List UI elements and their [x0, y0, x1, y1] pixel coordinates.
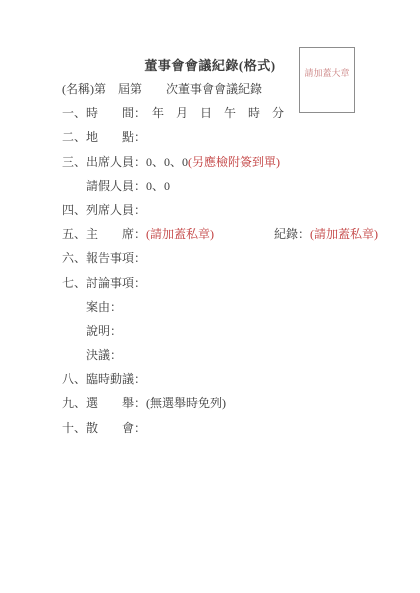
- leave-line: 請假人員：0、0: [62, 174, 420, 198]
- recorder-label: 紀錄：: [214, 227, 310, 241]
- attendees-note: (另應檢附簽到單): [188, 155, 280, 169]
- motions-line: 八、臨時動議：: [62, 367, 420, 391]
- reports-line: 六、報告事項：: [62, 246, 420, 270]
- chair-seal-note: (請加蓋私章): [146, 227, 214, 241]
- chair-line: 五、主 席：(請加蓋私章) 紀錄：(請加蓋私章): [62, 222, 420, 246]
- explanation-line: 說明：: [62, 319, 420, 343]
- time-line: 一、時 間： 年 月 日 午 時 分: [62, 101, 420, 125]
- chair-label: 五、主 席：: [62, 227, 146, 241]
- attendees-line: 三、出席人員：0、0、0(另應檢附簽到單): [62, 150, 420, 174]
- place-line: 二、地 點：: [62, 125, 420, 149]
- document-page: 董事會會議紀錄(格式) 請加蓋大章 (名稱)第 屆第 次董事會會議紀錄 一、時 …: [0, 0, 420, 593]
- discussion-line: 七、討論事項：: [62, 271, 420, 295]
- page-title: 董事會會議紀錄(格式): [0, 55, 420, 74]
- adjournment-line: 十、散 會：: [62, 416, 420, 440]
- name-line: (名稱)第 屆第 次董事會會議紀錄: [62, 77, 420, 101]
- observers-line: 四、列席人員：: [62, 198, 420, 222]
- case-line: 案由：: [62, 295, 420, 319]
- recorder-seal-note: (請加蓋私章): [310, 227, 378, 241]
- resolution-line: 決議：: [62, 343, 420, 367]
- attendees-text: 三、出席人員：0、0、0: [62, 155, 188, 169]
- election-line: 九、選 舉：(無選舉時免列): [62, 391, 420, 415]
- document-body: (名稱)第 屆第 次董事會會議紀錄 一、時 間： 年 月 日 午 時 分 二、地…: [62, 77, 420, 440]
